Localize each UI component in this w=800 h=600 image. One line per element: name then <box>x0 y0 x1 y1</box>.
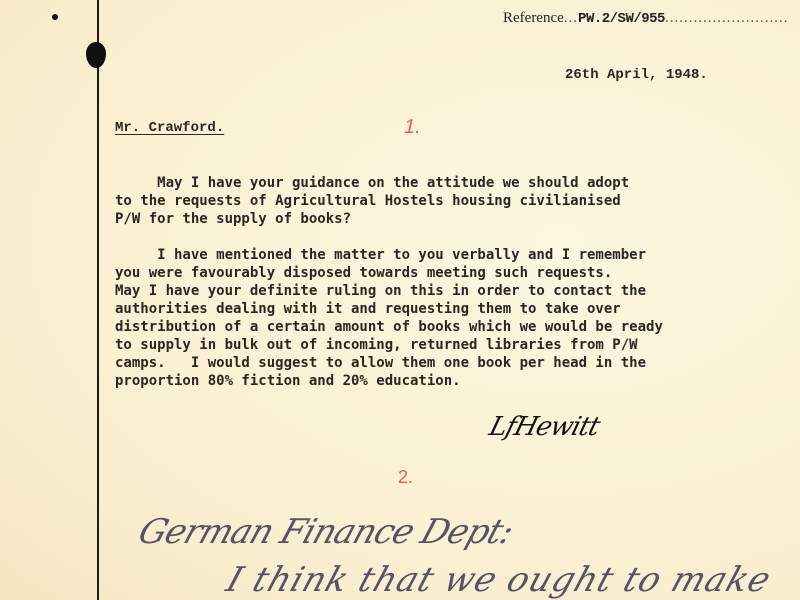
reference-dots: .......................... <box>665 10 789 26</box>
reference-line: Reference...PW.2/SW/955.................… <box>503 10 788 27</box>
handwritten-line-1: German Finance Dept: <box>134 512 519 552</box>
margin-rule <box>97 0 99 600</box>
reference-dots-lead: ... <box>564 10 578 26</box>
handwritten-line-2: I think that we ought to make <box>222 560 777 600</box>
red-annotation-1: 1. <box>402 116 424 139</box>
reference-value: PW.2/SW/955 <box>578 11 665 27</box>
paragraph-1: May I have your guidance on the attitude… <box>115 174 715 228</box>
signature: LfHewitt <box>486 412 602 442</box>
ink-blot <box>86 42 106 68</box>
paragraph-2: I have mentioned the matter to you verba… <box>115 246 715 390</box>
letter-date: 26th April, 1948. <box>565 67 708 83</box>
ink-spot <box>52 14 58 20</box>
reference-label: Reference <box>503 10 564 26</box>
red-annotation-2: 2. <box>398 467 413 488</box>
addressee: Mr. Crawford. <box>115 120 224 136</box>
